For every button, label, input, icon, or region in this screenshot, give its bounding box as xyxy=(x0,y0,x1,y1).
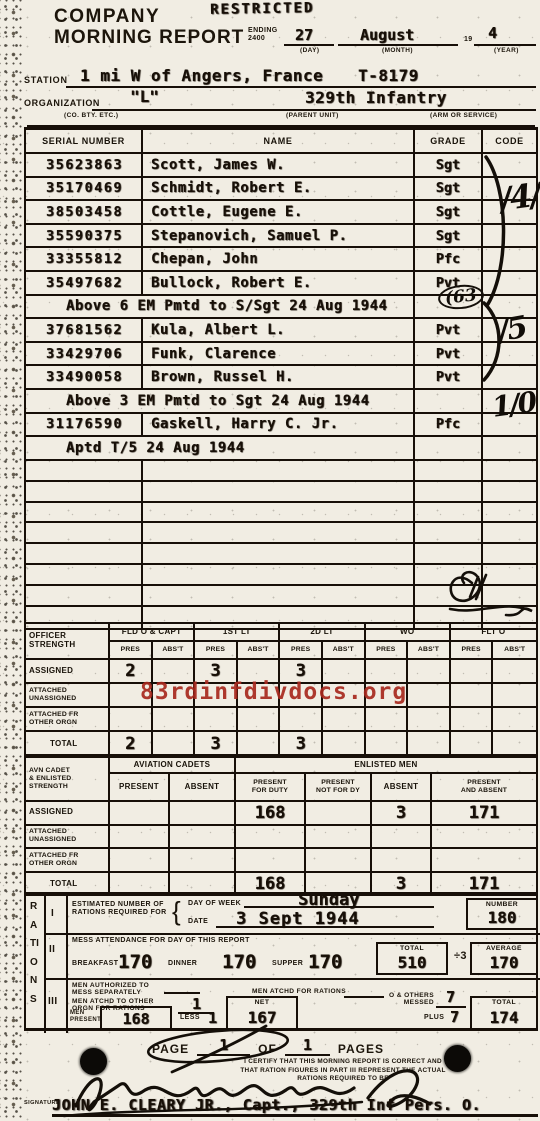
less-label: LESS xyxy=(180,1014,200,1022)
organization-label: ORGANIZATION xyxy=(24,98,100,108)
grade-cell: Sgt xyxy=(415,225,483,247)
pres-subhead: PRES xyxy=(366,642,409,660)
grade-cell: Sgt xyxy=(415,178,483,200)
aviation-cadets-header: AVIATION CADETS xyxy=(110,758,236,774)
company-sublabel: (CO. BTY. ETC.) xyxy=(64,112,118,119)
grade-header: GRADE xyxy=(415,130,483,152)
dinner-value: 170 xyxy=(222,951,256,973)
handwritten-code-gaskell: 1/0 xyxy=(490,385,537,424)
code-cell xyxy=(483,437,536,459)
total-1lt-pres: 3 xyxy=(195,732,238,756)
enlisted-strength-table: AVN CADET & ENLISTED STRENGTH AVIATION C… xyxy=(24,756,538,894)
number-box: NUMBER 180 xyxy=(466,898,538,930)
mess-total-value: 510 xyxy=(398,953,427,972)
abst-subhead: ABS'T xyxy=(238,642,281,660)
divider xyxy=(44,978,540,980)
pres-subhead: PRES xyxy=(110,642,153,660)
pres-subhead: PRES xyxy=(195,642,238,660)
assigned-present-and-absent: 171 xyxy=(432,802,536,826)
col-wo: WO xyxy=(366,624,451,642)
total-fldo-pres: 2 xyxy=(110,732,153,756)
net-label: NET xyxy=(255,999,270,1006)
section-i-numeral: I xyxy=(51,908,54,919)
grade-cell: Pvt xyxy=(415,366,483,388)
table-row: 37681562 Kula, Albert L. Pvt xyxy=(26,319,536,343)
row-attached-unassigned-label: ATTACHED UNASSIGNED xyxy=(26,684,110,708)
serial-cell: 37681562 xyxy=(26,319,143,341)
serial-cell: 33490058 xyxy=(26,366,143,388)
brace-glyph: { xyxy=(172,896,181,927)
station-label: STATION xyxy=(24,75,68,85)
section-ii-numeral: II xyxy=(49,944,55,955)
grade-cell xyxy=(415,390,483,412)
grade-cell: Pvt xyxy=(415,319,483,341)
col-flt-o: FLT O xyxy=(451,624,536,642)
col-2d-lt: 2D LT xyxy=(280,624,365,642)
serial-cell: 33429706 xyxy=(26,343,143,365)
cadets-absent-head: ABSENT xyxy=(170,774,236,802)
empty-row xyxy=(26,482,536,503)
day-of-week-label: DAY OF WEEK xyxy=(188,900,241,908)
breakfast-label: BREAKFAST xyxy=(72,960,118,968)
blank xyxy=(164,980,200,994)
pages-label: PAGES xyxy=(338,1043,384,1056)
abst-subhead: ABS'T xyxy=(153,642,196,660)
serial-number-header: SERIAL NUMBER xyxy=(26,130,143,152)
row-attached-fr-other-label: ATTACHED FR OTHER ORGN xyxy=(26,849,110,873)
row-assigned-label: ASSIGNED xyxy=(26,802,110,826)
name-cell: Bullock, Robert E. xyxy=(143,272,415,294)
row-attached-unassigned-label: ATTACHED UNASSIGNED xyxy=(26,826,110,850)
others-messed-value: 7 xyxy=(446,988,455,1006)
year-blank xyxy=(474,24,536,46)
handwritten-code-group2: /5 xyxy=(495,310,528,349)
divide-by-3: ÷3 xyxy=(454,950,467,962)
supper-value: 170 xyxy=(308,951,342,973)
table-row: 35590375 Stepanovich, Samuel P. Sgt xyxy=(26,225,536,249)
average-box: AVERAGE 170 xyxy=(470,942,538,975)
name-cell: Stepanovich, Samuel P. xyxy=(143,225,415,247)
name-cell: Brown, Russel H. xyxy=(143,366,415,388)
rations-total-box: TOTAL 174 xyxy=(470,996,538,1030)
day-of-week-value: Sunday xyxy=(298,890,359,910)
empty-row xyxy=(26,544,536,565)
organization-company: "L" xyxy=(130,87,159,106)
name-cell: Schmidt, Robert E. xyxy=(143,178,415,200)
serial-cell: 33355812 xyxy=(26,248,143,270)
name-cell: Funk, Clarence xyxy=(143,343,415,365)
serial-cell: 31176590 xyxy=(26,414,143,436)
atchd-other-orgn-value: 1 xyxy=(192,995,201,1013)
promotion-note: Above 6 EM Pmtd to S/Sgt 24 Aug 1944 xyxy=(26,296,415,318)
men-atchd-for-rations-label: MEN ATCHD FOR RATIONS xyxy=(252,988,346,995)
dinner-label: DINNER xyxy=(168,960,197,968)
page-title-line1: COMPANY xyxy=(54,6,160,27)
name-cell: Scott, James W. xyxy=(143,154,415,176)
table-row: 33355812 Chepan, John Pfc xyxy=(26,248,536,272)
average-value: 170 xyxy=(490,953,519,972)
date-day-value: 27 xyxy=(295,26,313,44)
name-cell: Chepan, John xyxy=(143,248,415,270)
breakfast-value: 170 xyxy=(118,951,152,973)
total-2lt-pres: 3 xyxy=(280,732,323,756)
personnel-roster-table: SERIAL NUMBER NAME GRADE CODE 35623863 S… xyxy=(24,127,538,630)
serial-cell: 35623863 xyxy=(26,154,143,176)
date-label: DATE xyxy=(188,918,208,926)
divider xyxy=(66,896,68,1033)
em-present-and-absent-head: PRESENT AND ABSENT xyxy=(432,774,536,802)
scan-edge-noise xyxy=(0,0,26,1121)
em-table-corner: AVN CADET & ENLISTED STRENGTH xyxy=(26,758,110,802)
restricted-stamp: RESTRICTED xyxy=(210,0,315,18)
empty-row xyxy=(26,461,536,482)
parent-unit-sublabel: (PARENT UNIT) xyxy=(286,112,339,119)
estimated-rations-label: ESTIMATED NUMBER OF RATIONS REQUIRED FOR xyxy=(72,901,167,917)
grade-cell: Pfc xyxy=(415,248,483,270)
date-year-value: 4 xyxy=(488,24,497,42)
name-cell: Gaskell, Harry C. Jr. xyxy=(143,414,415,436)
grade-cell: Pvt xyxy=(415,343,483,365)
abst-subhead: ABS'T xyxy=(493,642,536,660)
assigned-present-for-duty: 168 xyxy=(236,802,306,826)
month-sublabel: (MONTH) xyxy=(382,47,413,54)
average-label: AVERAGE xyxy=(486,945,522,952)
roster-header-row: SERIAL NUMBER NAME GRADE CODE xyxy=(26,130,536,154)
number-value: 180 xyxy=(488,908,517,927)
serial-cell: 35590375 xyxy=(26,225,143,247)
roster-note-row: Aptd T/5 24 Aug 1944 xyxy=(26,437,536,461)
em-present-not-for-dy-head: PRESENT NOT FOR DY xyxy=(306,774,372,802)
plus-label: PLUS xyxy=(424,1014,444,1022)
mess-separately-label: MEN AUTHORIZED TO MESS SEPARATELY xyxy=(72,982,149,997)
roster-note-row: Above 3 EM Pmtd to Sgt 24 Aug 1944 xyxy=(26,390,536,414)
total-present-and-absent: 171 xyxy=(432,873,536,897)
company-blank xyxy=(92,87,298,111)
table-row: 33490058 Brown, Russel H. Pvt xyxy=(26,366,536,390)
empty-row xyxy=(26,523,536,544)
rations-section: RATIONS I II III ESTIMATED NUMBER OF RAT… xyxy=(24,894,538,1031)
ending-2400-label: ENDING 2400 xyxy=(248,27,278,42)
table-row: 31176590 Gaskell, Harry C. Jr. Pfc xyxy=(26,414,536,438)
promotion-note: Above 3 EM Pmtd to Sgt 24 Aug 1944 xyxy=(26,390,415,412)
grade-cell: Sgt xyxy=(415,201,483,223)
date-value: 3 Sept 1944 xyxy=(236,909,360,929)
name-cell: Kula, Albert L. xyxy=(143,319,415,341)
men-present-label: MEN PRESENT xyxy=(70,1010,101,1023)
table-row: 35623863 Scott, James W. Sgt xyxy=(26,154,536,178)
em-present-for-duty-head: PRESENT FOR DUTY xyxy=(236,774,306,802)
table-row: 35170469 Schmidt, Robert E. Sgt xyxy=(26,178,536,202)
section-iii-numeral: III xyxy=(48,996,58,1007)
row-assigned-label: ASSIGNED xyxy=(26,660,110,684)
row-attached-fr-other-label: ATTACHED FR OTHER ORGN xyxy=(26,708,110,732)
code-header: CODE xyxy=(483,130,536,152)
name-cell: Cottle, Eugene E. xyxy=(143,201,415,223)
row-total-label: TOTAL xyxy=(26,873,110,897)
grade-cell xyxy=(415,437,483,459)
rations-side-label: RATIONS xyxy=(30,898,42,1010)
total-label: TOTAL xyxy=(400,945,424,952)
signature-label: SIGNATURE xyxy=(24,1100,50,1107)
em-absent-head: ABSENT xyxy=(372,774,432,802)
enlisted-men-header: ENLISTED MEN xyxy=(236,758,536,774)
plus-value: 7 xyxy=(450,1008,459,1026)
total-label: TOTAL xyxy=(492,999,516,1006)
year-sublabel: (YEAR) xyxy=(494,47,519,54)
serial-cell: 35497682 xyxy=(26,272,143,294)
website-watermark: 83rdinfdivdocs.org xyxy=(140,679,407,705)
appointment-note: Aptd T/5 24 Aug 1944 xyxy=(26,437,415,459)
table-row: 33429706 Funk, Clarence Pvt xyxy=(26,343,536,367)
cadets-present-head: PRESENT xyxy=(110,774,170,802)
arm-service-sublabel: (ARM OR SERVICE) xyxy=(430,112,497,119)
mess-total-box: TOTAL 510 xyxy=(376,942,448,975)
pres-subhead: PRES xyxy=(280,642,323,660)
abst-subhead: ABS'T xyxy=(408,642,451,660)
day-sublabel: (DAY) xyxy=(300,47,319,54)
grade-cell: Sgt xyxy=(415,154,483,176)
table-row: 38503458 Cottle, Eugene E. Sgt xyxy=(26,201,536,225)
handwritten-scribble xyxy=(440,565,536,620)
col-fldo-capt: FLD O & CAPT xyxy=(110,624,195,642)
divider xyxy=(44,933,540,935)
signature-typed-line: JOHN E. CLEARY JR., Capt., 329th Inf Per… xyxy=(52,1096,538,1117)
page-title-line2: MORNING REPORT xyxy=(54,27,244,48)
rations-total-value: 174 xyxy=(490,1008,519,1027)
name-header: NAME xyxy=(143,130,415,152)
others-messed-label: O & OTHERS MESSED xyxy=(378,992,434,1007)
station-coordinate: T-8179 xyxy=(358,66,419,85)
organization-parent-unit: 329th Infantry xyxy=(305,88,447,107)
abst-subhead: ABS'T xyxy=(323,642,366,660)
number-label: NUMBER xyxy=(486,901,518,908)
serial-cell: 38503458 xyxy=(26,201,143,223)
pres-subhead: PRES xyxy=(451,642,494,660)
mess-attendance-label: MESS ATTENDANCE FOR DAY OF THIS REPORT xyxy=(72,937,250,945)
officer-strength-corner: OFFICER STRENGTH xyxy=(26,624,110,660)
grade-cell: Pfc xyxy=(415,414,483,436)
empty-row xyxy=(26,503,536,524)
col-1st-lt: 1ST LT xyxy=(195,624,280,642)
morning-report-document: RESTRICTED COMPANY MORNING REPORT ENDING… xyxy=(0,0,540,1121)
serial-cell: 35170469 xyxy=(26,178,143,200)
handwritten-code-group1: /4/ xyxy=(498,175,540,218)
assigned-absent: 3 xyxy=(372,802,432,826)
divider xyxy=(44,896,46,1033)
year-prefix: 19 xyxy=(464,36,473,44)
row-total-label: TOTAL xyxy=(26,732,110,756)
date-month-value: August xyxy=(360,26,414,44)
station-value: 1 mi W of Angers, France xyxy=(80,66,323,85)
supper-label: SUPPER xyxy=(272,960,303,968)
